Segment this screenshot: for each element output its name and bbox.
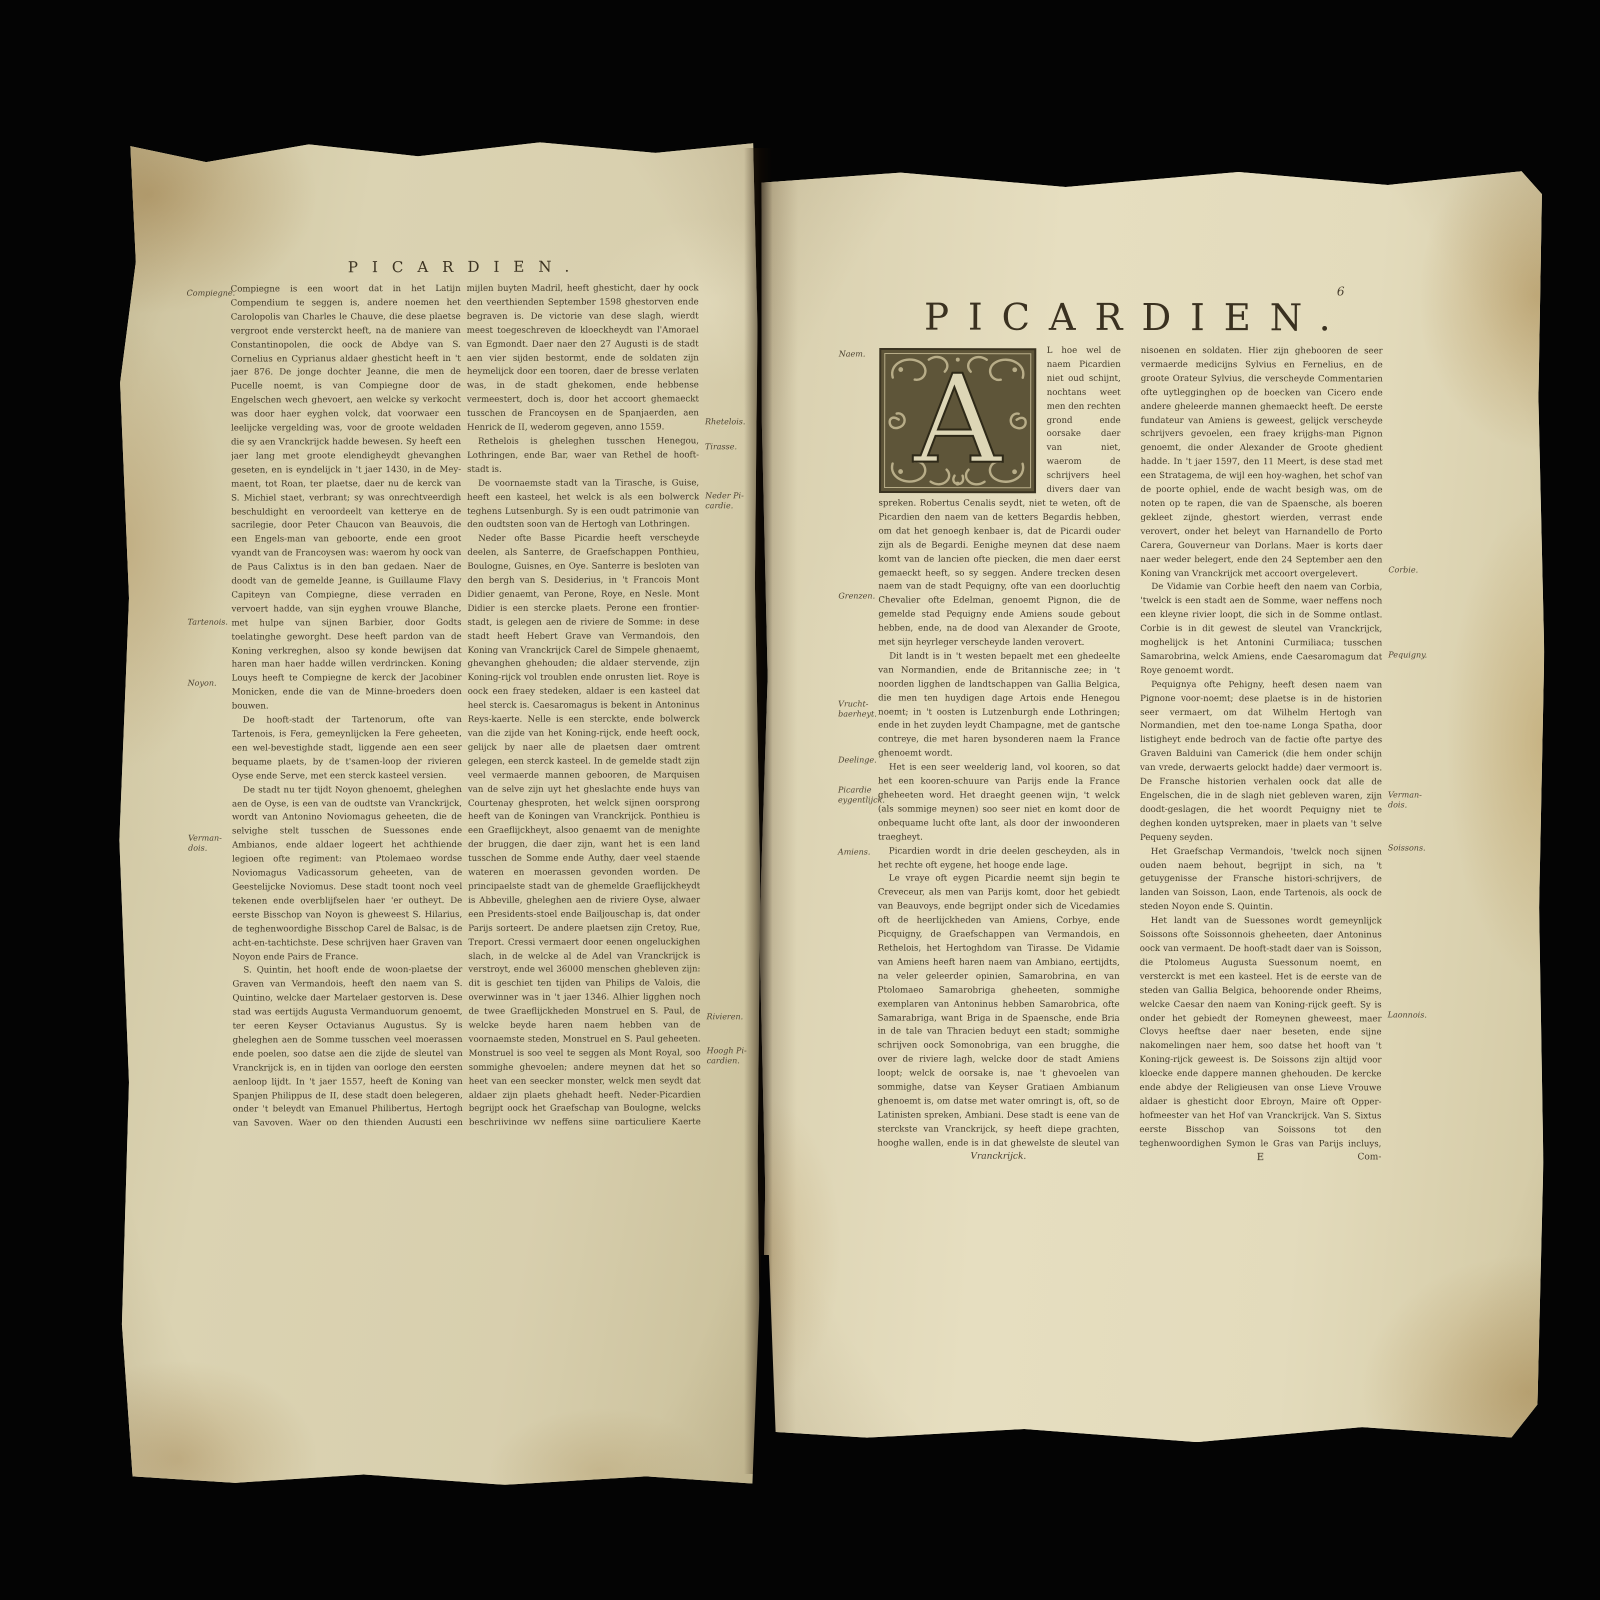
paragraph: De voornaemste stadt van la Tirasche, is…	[467, 477, 699, 533]
margin-note: Verman-dois.	[188, 834, 230, 853]
margin-note: Picardie eygentlijck.	[838, 785, 880, 804]
margin-note: Deelinge.	[838, 755, 880, 765]
margin-note: Tirasse.	[705, 442, 747, 452]
dropcap-letter: A	[912, 349, 1003, 491]
margin-note: Neder Pi-cardie.	[705, 491, 747, 510]
paragraph: De hooft-stadt der Tartenorum, ofte van …	[232, 714, 462, 784]
paragraph: mijlen buyten Madril, heeft ghesticht, d…	[467, 282, 699, 436]
right-page-column-1: A L hoe wel de naem Picardien niet oud s…	[877, 345, 1120, 1151]
right-page-margin-notes-left: Naem.Grenzen.Vrucht-baerheyt.Deelinge.Pi…	[837, 167, 877, 1441]
left-page-margin-notes-right: Rhetelois.Tirasse.Neder Pi-cardie.Rivier…	[704, 139, 754, 1484]
paragraph: S. Quintin, het hooft ende de woon-plaet…	[232, 964, 462, 1125]
margin-note: Rivieren.	[707, 1012, 749, 1022]
paragraph: Het is een seer weelderig land, vol koor…	[878, 762, 1120, 846]
margin-note: Laonnois.	[1388, 1010, 1430, 1020]
left-page-column-2: mijlen buyten Madril, heeft ghesticht, d…	[467, 282, 701, 1125]
paragraph: De stadt nu ter tijdt Noyon ghenoemt, gh…	[232, 784, 462, 965]
margin-note: Grenzen.	[838, 591, 880, 601]
paragraph: Het landt van de Suessones wordt gemeynl…	[1139, 915, 1381, 1151]
margin-note: Hoogh Pi-cardien.	[707, 1046, 749, 1065]
paragraph: Pequignya ofte Pehigny, heeft desen naem…	[1140, 679, 1382, 846]
margin-note: Soissons.	[1388, 843, 1430, 853]
margin-note: Vrucht-baerheyt.	[838, 699, 880, 718]
margin-note: Corbie.	[1388, 565, 1430, 575]
paragraph: Dit landt is in 't westen bepaelt met ee…	[878, 650, 1120, 762]
paragraph: Het Graefschap Vermandois, 'twelck noch …	[1140, 846, 1382, 916]
right-page-margin-notes-right: Corbie.Pequigny.Verman-dois.Soissons.Lao…	[1387, 168, 1437, 1442]
paragraph: Neder ofte Basse Picardie heeft verschey…	[467, 533, 701, 1125]
margin-note: Noyon.	[188, 679, 230, 689]
margin-note: Verman-dois.	[1388, 790, 1430, 809]
margin-note: Pequigny.	[1388, 650, 1430, 660]
paragraph: Le vraye oft eygen Picardie neemt sijn b…	[877, 873, 1119, 1151]
paragraph: Rethelois is gheleghen tusschen Henegou,…	[467, 435, 699, 477]
running-header: PICARDIEN.	[231, 257, 701, 276]
right-page: 6 PICARDIEN.	[757, 167, 1545, 1442]
margin-note: Naem.	[839, 349, 881, 359]
page-title: PICARDIEN.	[887, 296, 1387, 340]
paragraph: nisoenen en soldaten. Hier zijn gheboore…	[1140, 345, 1382, 582]
paragraph: Compiegne is een woort dat in het Latijn…	[231, 283, 462, 715]
catchword-column-1: Vranckrijck.	[877, 1152, 1119, 1162]
left-page-column-1: Compiegne is een woort dat in het Latijn…	[231, 283, 463, 1126]
margin-note: Amiens.	[838, 847, 880, 857]
right-page-column-2: nisoenen en soldaten. Hier zijn gheboore…	[1139, 345, 1382, 1151]
margin-note: Compiegne.	[187, 289, 229, 299]
margin-note: Tartenois.	[187, 618, 229, 628]
left-page: PICARDIEN. Compiegne is een woort dat in…	[116, 139, 762, 1486]
dropcap-initial-A: A	[879, 348, 1037, 494]
paragraph: Picardien wordt in drie deelen gescheyde…	[878, 845, 1120, 873]
catchword-column-2: Com-	[1139, 1152, 1381, 1162]
margin-note: Rhetelois.	[705, 417, 747, 427]
paragraph: De Vidamie van Corbie heeft den naem van…	[1140, 581, 1382, 679]
left-page-margin-notes-left: Compiegne.Tartenois.Noyon.Verman-dois.	[186, 141, 232, 1486]
